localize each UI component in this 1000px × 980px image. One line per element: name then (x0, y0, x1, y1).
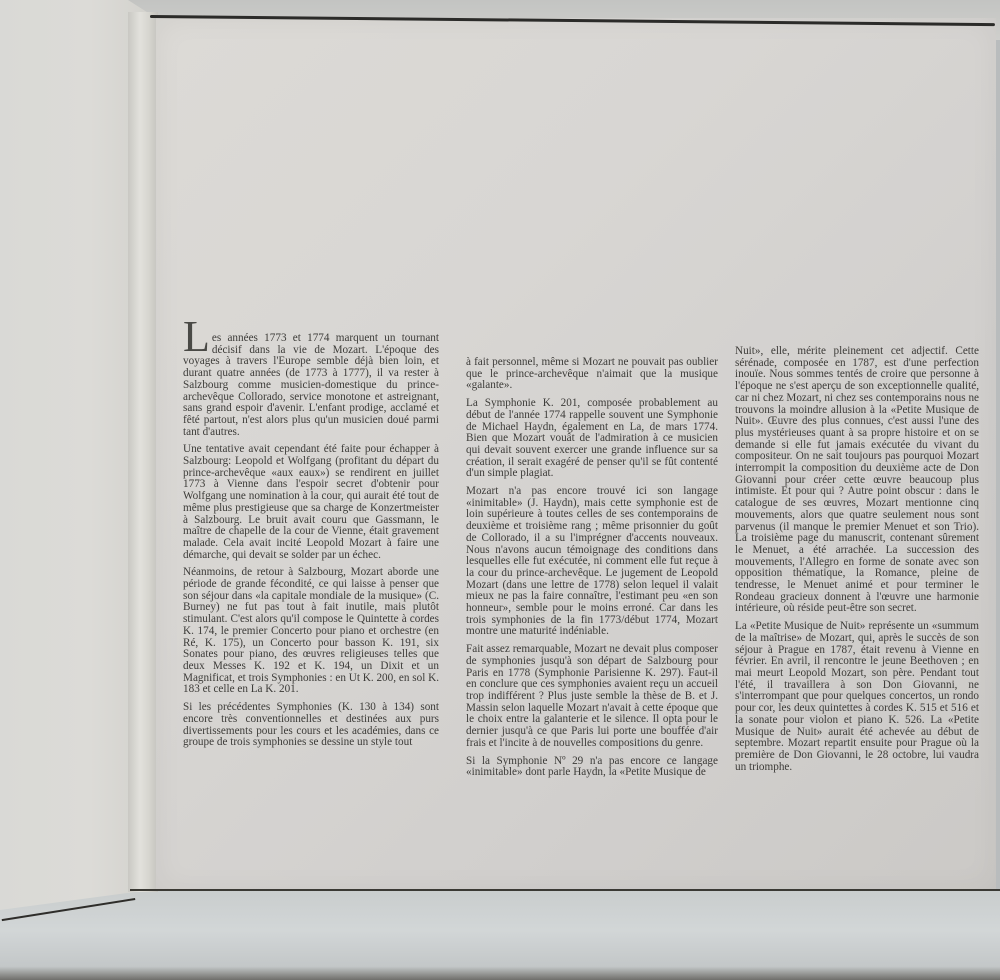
paragraph-text: es années 1773 et 1774 marquent un tourn… (183, 332, 439, 438)
sleeve-fold (128, 12, 158, 892)
paragraph: Néanmoins, de retour à Salzbourg, Mozart… (183, 567, 439, 696)
column-1: Les années 1773 et 1774 marquent un tour… (183, 320, 439, 755)
column-3: Nuit», elle, mérite pleinement cet adjec… (735, 346, 979, 779)
paragraph: Nuit», elle, mérite pleinement cet adjec… (735, 346, 979, 615)
paragraph: Mozart n'a pas encore trouvé ici son lan… (466, 486, 718, 638)
drop-cap: L (183, 320, 210, 354)
background-surface-bottom (0, 890, 1000, 980)
column-2: à fait personnel, même si Mozart ne pouv… (466, 357, 718, 785)
paragraph: Si les précédentes Symphonies (K. 130 à … (183, 702, 439, 749)
page-bottom-edge (130, 889, 1000, 891)
paragraph: La «Petite Musique de Nuit» représente u… (735, 621, 979, 773)
text-columns: Les années 1773 et 1774 marquent un tour… (183, 320, 978, 800)
paragraph: Fait assez remarquable, Mozart ne devait… (466, 644, 718, 749)
paragraph: à fait personnel, même si Mozart ne pouv… (466, 357, 718, 392)
paragraph: Une tentative avait cependant été faite … (183, 444, 439, 561)
paragraph: Si la Symphonie Nº 29 n'a pas encore ce … (466, 756, 718, 779)
paragraph: Les années 1773 et 1774 marquent un tour… (183, 320, 439, 438)
paragraph: La Symphonie K. 201, composée probableme… (466, 398, 718, 480)
